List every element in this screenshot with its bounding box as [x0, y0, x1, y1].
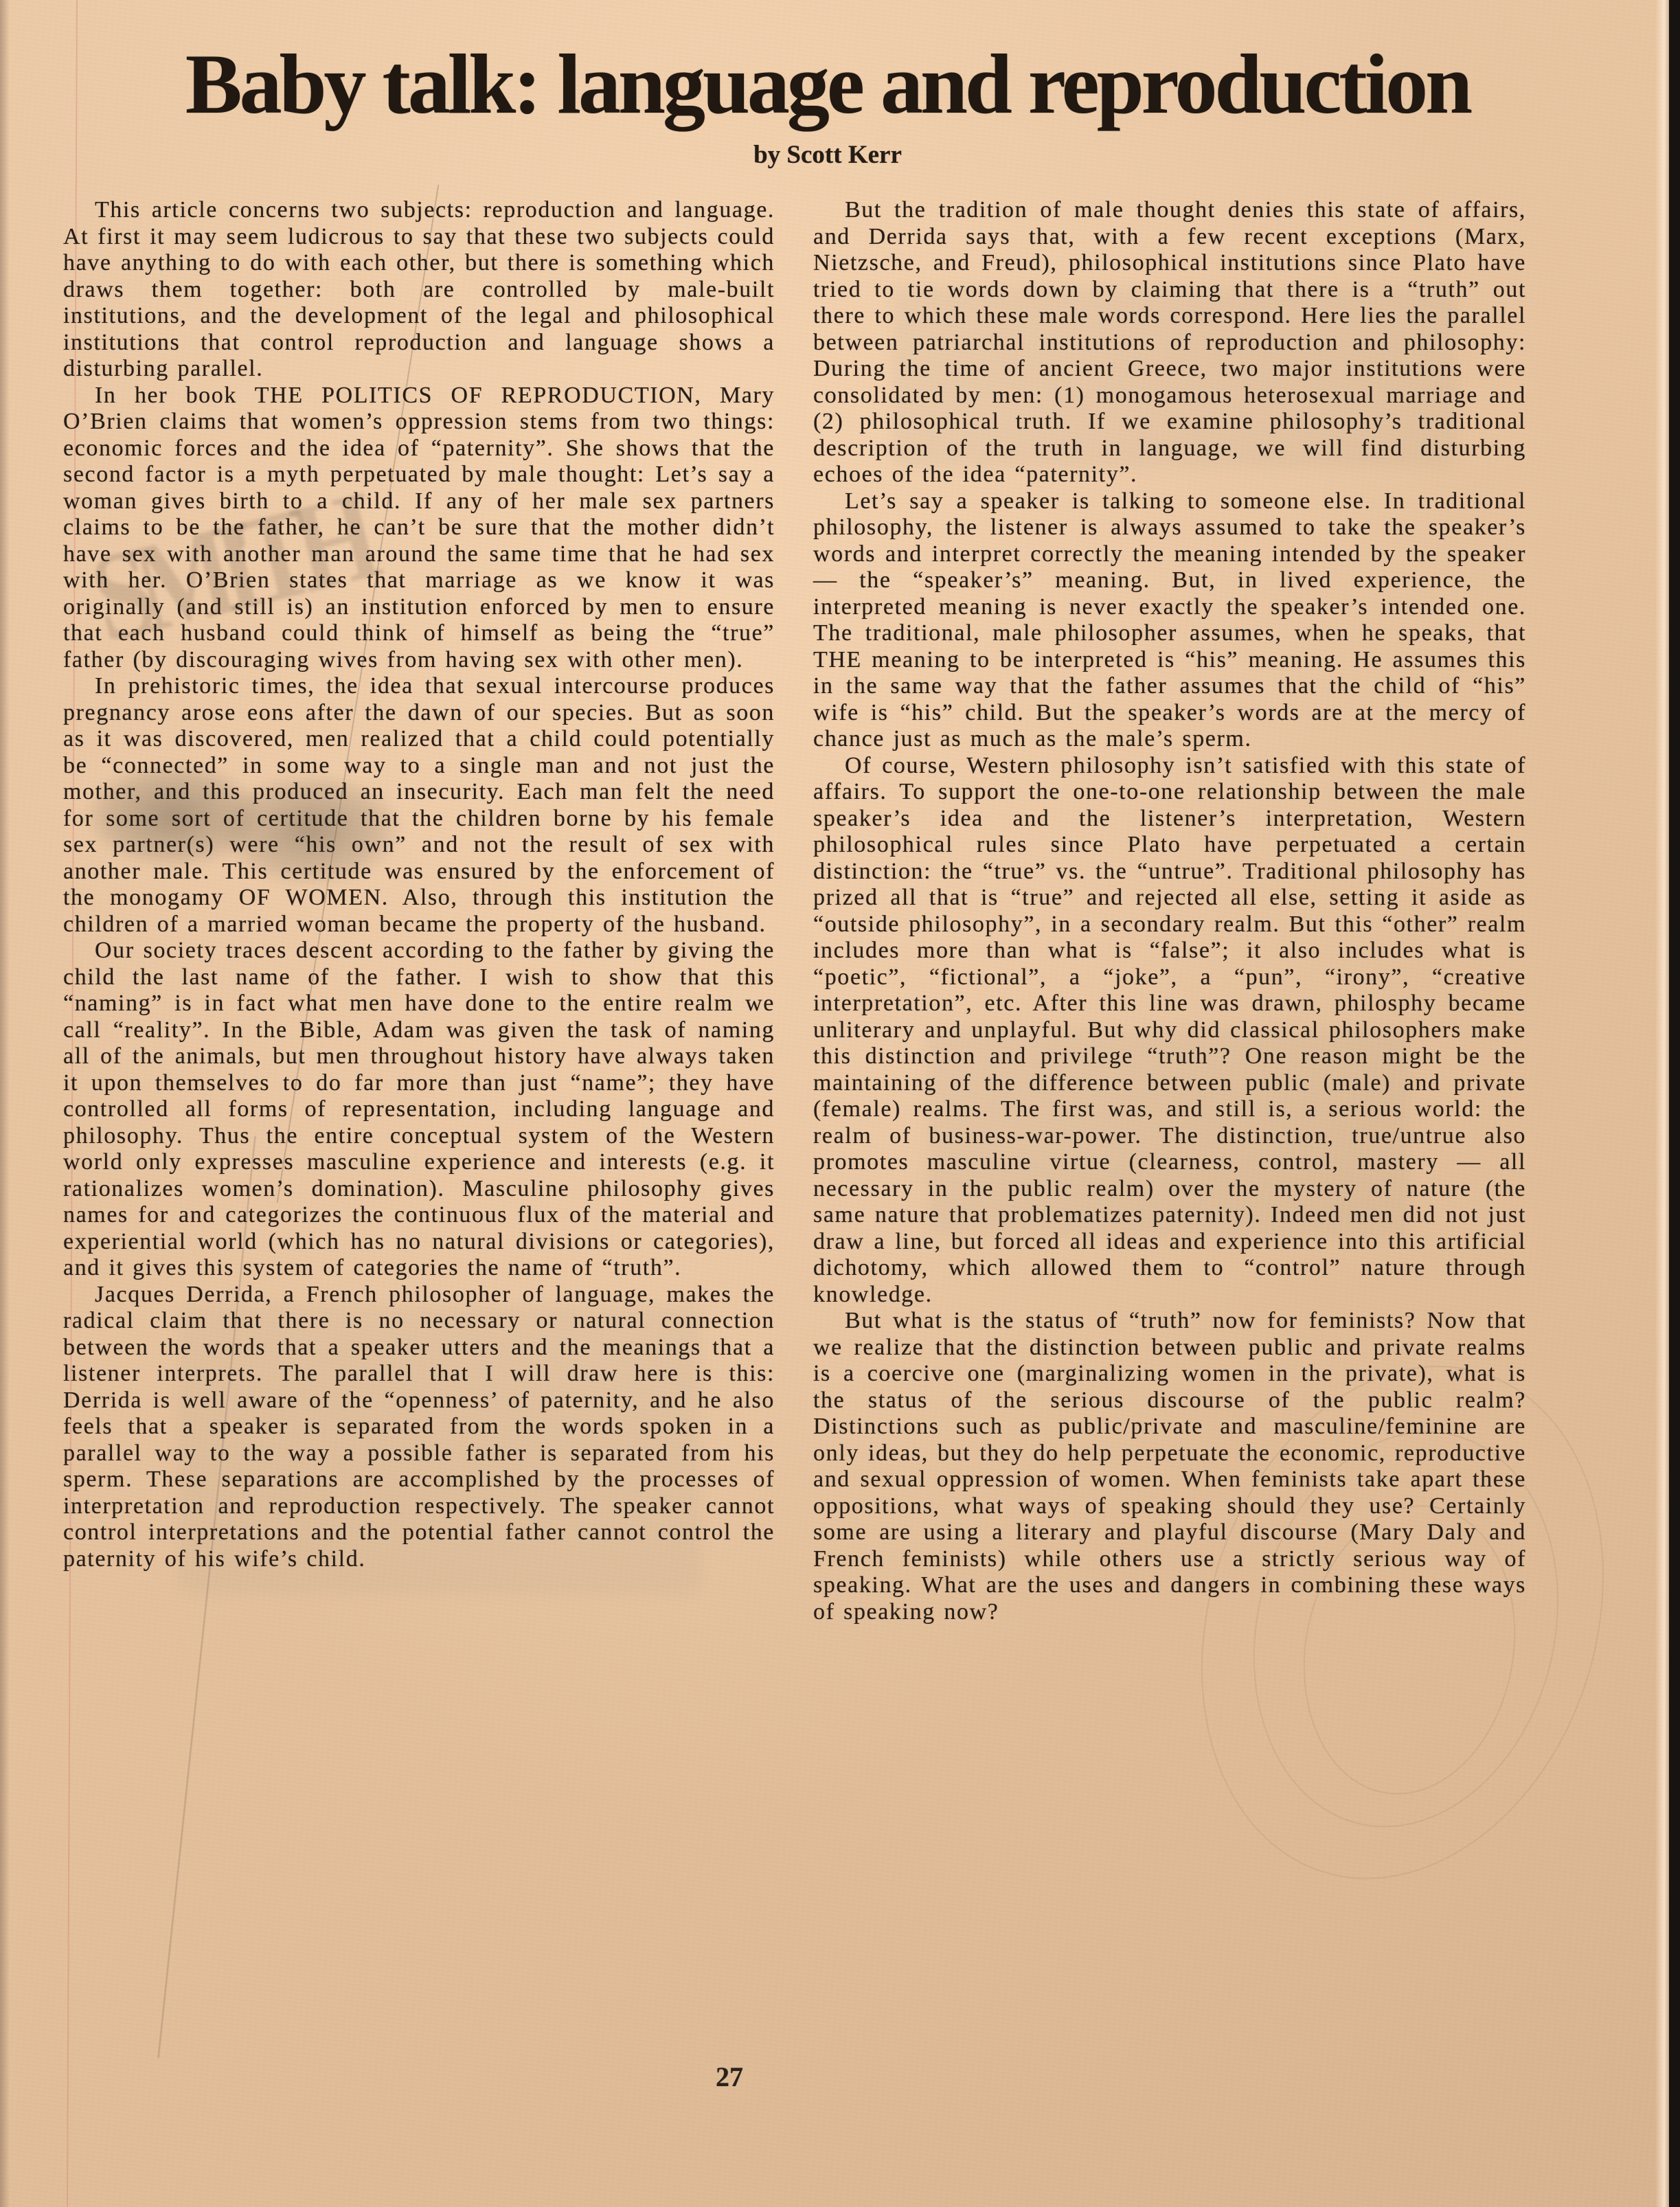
paragraph-obrien: In her book THE POLITICS OF REPRODUCTION… [63, 383, 775, 674]
article-header: Baby talk: language and reproduction by … [69, 38, 1587, 170]
paragraph-male-thought: But the tradition of male thought denies… [813, 197, 1526, 488]
scan-edge-strip [1669, 0, 1680, 2207]
page-number: 27 [716, 2061, 743, 2093]
paragraph-speaker: Let’s say a speaker is talking to someon… [813, 488, 1526, 753]
left-column: This article concerns two subjects: repr… [63, 197, 775, 1572]
paragraph-derrida: Jacques Derrida, a French philosopher of… [63, 1282, 775, 1573]
left-crease-shadow [0, 0, 10, 2207]
article-byline: by Scott Kerr [69, 140, 1587, 170]
page-edge-highlight [1655, 0, 1670, 2207]
scanned-page: SMITH Baby talk: language and reproducti… [0, 0, 1680, 2207]
article-title: Baby talk: language and reproduction [69, 38, 1587, 131]
paragraph-naming: Our society traces descent according to … [63, 938, 775, 1282]
paragraph-feminists: But what is the status of “truth” now fo… [813, 1308, 1526, 1625]
paragraph-intro: This article concerns two subjects: repr… [63, 197, 775, 383]
paragraph-prehistoric: In prehistoric times, the idea that sexu… [63, 673, 775, 938]
paragraph-true-untrue: Of course, Western philosophy isn’t sati… [813, 753, 1526, 1309]
right-column: But the tradition of male thought denies… [813, 197, 1526, 1625]
